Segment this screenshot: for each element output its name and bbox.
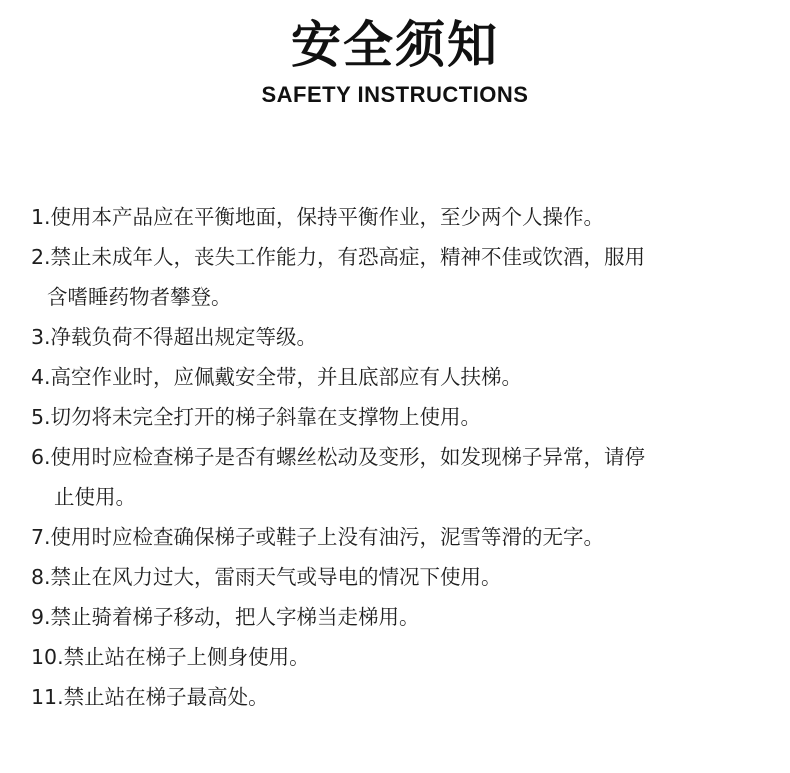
instruction-text: 4.高空作业时，应佩戴安全带，并且底部应有人扶梯。 <box>31 357 771 397</box>
instruction-item-9: 9.禁止骑着梯子移动，把人字梯当走梯用。 <box>31 597 771 637</box>
instruction-text: 1.使用本产品应在平衡地面，保持平衡作业，至少两个人操作。 <box>31 197 771 237</box>
instruction-text: 5.切勿将未完全打开的梯子斜靠在支撑物上使用。 <box>31 397 771 437</box>
instruction-text: 8.禁止在风力过大，雷雨天气或导电的情况下使用。 <box>31 557 771 597</box>
instruction-item-8: 8.禁止在风力过大，雷雨天气或导电的情况下使用。 <box>31 557 771 597</box>
instruction-text: 6.使用时应检查梯子是否有螺丝松动及变形，如发现梯子异常，请停 <box>31 437 771 477</box>
instruction-item-5: 5.切勿将未完全打开的梯子斜靠在支撑物上使用。 <box>31 397 771 437</box>
instruction-item-6: 6.使用时应检查梯子是否有螺丝松动及变形，如发现梯子异常，请停 止使用。 <box>31 437 771 517</box>
instruction-item-11: 11.禁止站在梯子最高处。 <box>31 677 771 717</box>
instruction-text: 3.净载负荷不得超出规定等级。 <box>31 317 771 357</box>
instruction-text: 9.禁止骑着梯子移动，把人字梯当走梯用。 <box>31 597 771 637</box>
instruction-item-3: 3.净载负荷不得超出规定等级。 <box>31 317 771 357</box>
instruction-item-7: 7.使用时应检查确保梯子或鞋子上没有油污，泥雪等滑的无字。 <box>31 517 771 557</box>
instruction-item-1: 1.使用本产品应在平衡地面，保持平衡作业，至少两个人操作。 <box>31 197 771 237</box>
instruction-text-continued: 止使用。 <box>31 477 771 517</box>
instruction-item-10: 10.禁止站在梯子上侧身使用。 <box>31 637 771 677</box>
safety-instructions-list: 1.使用本产品应在平衡地面，保持平衡作业，至少两个人操作。 2.禁止未成年人，丧… <box>31 197 771 717</box>
page-subtitle: SAFETY INSTRUCTIONS <box>0 80 790 110</box>
instruction-text: 11.禁止站在梯子最高处。 <box>31 677 771 717</box>
instruction-item-2: 2.禁止未成年人，丧失工作能力，有恐高症，精神不佳或饮酒，服用 含嗜睡药物者攀登… <box>31 237 771 317</box>
instruction-text: 7.使用时应检查确保梯子或鞋子上没有油污，泥雪等滑的无字。 <box>31 517 771 557</box>
instruction-text: 2.禁止未成年人，丧失工作能力，有恐高症，精神不佳或饮酒，服用 <box>31 237 771 277</box>
instruction-text: 10.禁止站在梯子上侧身使用。 <box>31 637 771 677</box>
instruction-item-4: 4.高空作业时，应佩戴安全带，并且底部应有人扶梯。 <box>31 357 771 397</box>
instruction-text-continued: 含嗜睡药物者攀登。 <box>31 277 771 317</box>
page-title: 安全须知 <box>0 12 790 78</box>
